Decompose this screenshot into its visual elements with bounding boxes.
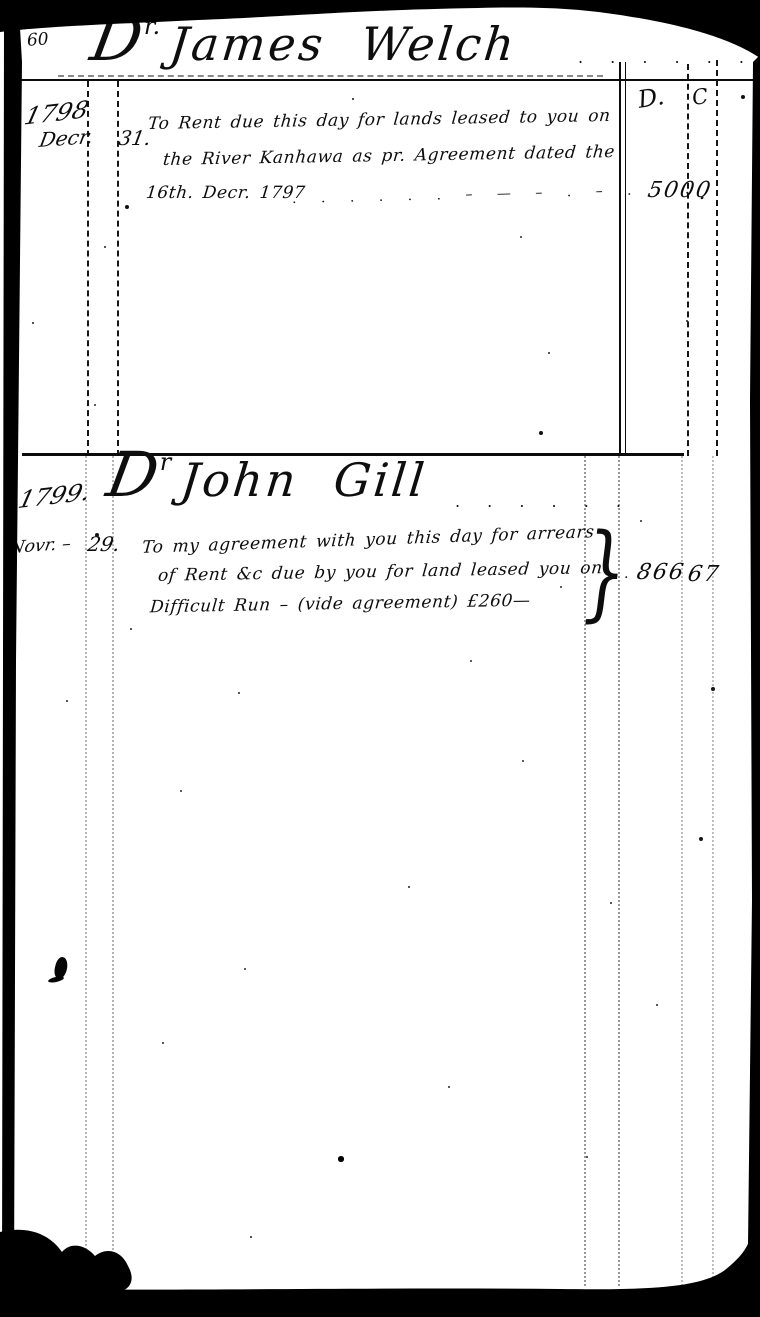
- account-header-welch: D r. James Welch: [92, 8, 517, 72]
- account-header-gill: D r John Gill: [108, 444, 427, 508]
- column-header-dollars: D.: [636, 82, 666, 114]
- amount-dollars: 866: [635, 560, 687, 585]
- debit-superscript: r.: [144, 12, 160, 40]
- entry-month: Novr. –: [8, 534, 73, 558]
- ledger-page-scan: 60 D r. James Welch . . . . . . D. C 179…: [0, 0, 760, 1317]
- entry-text-line: To Rent due this day for lands leased to…: [147, 106, 611, 134]
- entry-text-line: the River Kanhawa as pr. Agreement dated…: [162, 142, 616, 170]
- account-name: James Welch: [167, 17, 520, 72]
- entry-year: 1799.: [15, 478, 93, 514]
- leader-dots: . . . . . . – — – . – . . .: [292, 181, 700, 207]
- entry-day: 29.: [86, 532, 122, 556]
- ink-blot: [48, 975, 65, 983]
- header-trailing-dots: . . . . . .: [578, 48, 755, 67]
- day-column-rule-faint: [112, 456, 114, 1286]
- debit-abbreviation: D: [87, 8, 148, 70]
- account-name: John Gill: [178, 453, 430, 508]
- dollars-cents-divider-rule: [687, 64, 689, 456]
- header-trailing-dots: . . . . . .: [455, 492, 632, 511]
- debit-abbreviation: D: [103, 444, 164, 506]
- page-number: 60: [26, 29, 49, 50]
- entry-text-line: To my agreement with you this day for ar…: [141, 522, 595, 558]
- debit-superscript: r: [160, 448, 171, 476]
- column-header-cents: C: [690, 84, 710, 110]
- page-content: 60 D r. James Welch . . . . . . D. C 179…: [0, 0, 760, 1317]
- entry-text-line: 16th. Decr. 1797: [145, 183, 306, 203]
- scan-noise-speckles: [0, 0, 2, 2]
- entry-text-line: of Rent &c due by you for land leased yo…: [157, 558, 603, 586]
- table-top-rule: [20, 79, 755, 81]
- date-column-rule-faint: [85, 456, 87, 1286]
- amount-column-double-rule: [619, 62, 626, 456]
- entry-month: Decr.: [37, 124, 95, 152]
- amount-cents: 67: [686, 562, 722, 587]
- entry-text-line: Difficult Run – (vide agreement) £260—: [149, 591, 531, 618]
- right-margin-rule: [716, 60, 718, 456]
- table-top-rule-shadow: [58, 75, 603, 77]
- grouping-brace: }: [583, 520, 626, 624]
